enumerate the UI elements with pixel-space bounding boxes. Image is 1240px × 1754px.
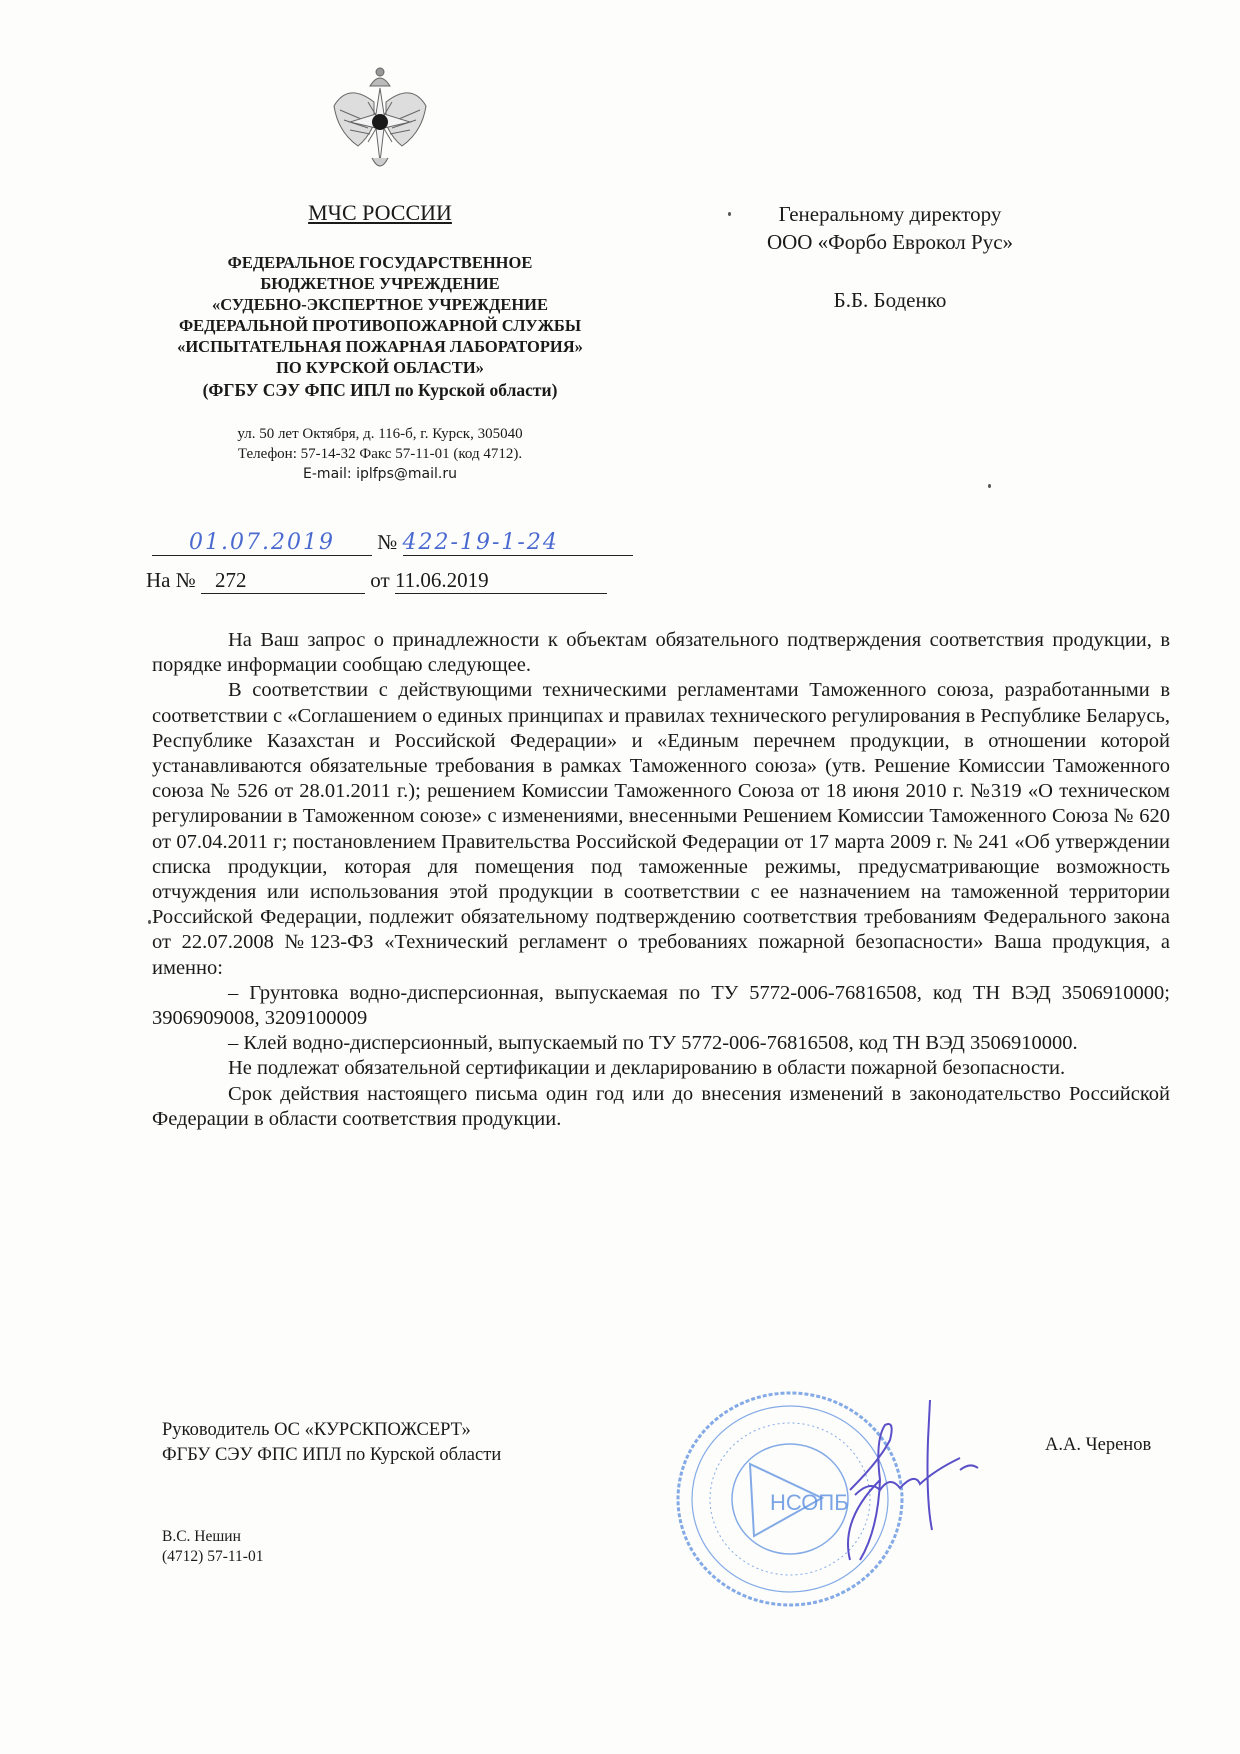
ministry-name: МЧС РОССИИ	[130, 200, 630, 226]
signer-name: А.А. Черенов	[1045, 1435, 1151, 1456]
org-name-line: БЮДЖЕТНОЕ УЧРЕЖДЕНИЕ	[130, 273, 630, 294]
org-name-line: ФЕДЕРАЛЬНОЕ ГОСУДАРСТВЕННОЕ	[130, 252, 630, 273]
signer-position: Руководитель ОС «КУРСКПОЖСЕРТ» ФГБУ СЭУ …	[162, 1418, 501, 1468]
outgoing-number-field: 422-19-1-24	[403, 530, 633, 556]
scan-speck	[728, 212, 731, 216]
addressee-name: Б.Б. Боденко	[700, 286, 1080, 314]
signer-position-line: Руководитель ОС «КУРСКПОЖСЕРТ»	[162, 1418, 501, 1443]
number-sign: №	[377, 530, 397, 554]
scan-speck	[148, 920, 151, 924]
addressee-company: ООО «Форбо Еврокол Рус»	[700, 228, 1080, 256]
in-reply-reference: На № 272 от 11.06.2019	[146, 568, 607, 594]
letter-body: На Ваш запрос о принадлежности к объекта…	[152, 628, 1170, 1132]
mchs-emblem-icon	[328, 62, 432, 178]
outgoing-date-field: 01.07.2019	[152, 530, 372, 556]
from-label: от	[370, 568, 389, 592]
executor-info: В.С. Нешин (4712) 57-11-01	[162, 1527, 263, 1567]
handwritten-signature-icon	[820, 1380, 990, 1580]
in-reply-date: 11.06.2019	[395, 568, 607, 594]
addressee-block: Генеральному директору ООО «Форбо Евроко…	[700, 200, 1080, 314]
org-phone: Телефон: 57-14-32 Факс 57-11-01 (код 471…	[130, 444, 630, 464]
org-name-line: ПО КУРСКОЙ ОБЛАСТИ»	[130, 357, 630, 378]
addressee-position: Генеральному директору	[700, 200, 1080, 228]
body-paragraph: Не подлежат обязательной сертификации и …	[152, 1056, 1170, 1081]
body-paragraph: Срок действия настоящего письма один год…	[152, 1082, 1170, 1132]
body-paragraph: В соответствии с действующими технически…	[152, 678, 1170, 980]
in-reply-number: 272	[201, 568, 365, 594]
outgoing-reference: 01.07.2019 № 422-19-1-24	[152, 530, 633, 556]
org-email: E-mail: iplfps@mail.ru	[130, 464, 630, 484]
letterhead: МЧС РОССИИ ФЕДЕРАЛЬНОЕ ГОСУДАРСТВЕННОЕ Б…	[130, 200, 630, 484]
org-name-line: ФЕДЕРАЛЬНОЙ ПРОТИВОПОЖАРНОЙ СЛУЖБЫ	[130, 315, 630, 336]
outgoing-date: 01.07.2019	[189, 530, 335, 555]
org-short-name: (ФГБУ СЭУ ФПС ИПЛ по Курской области)	[130, 378, 630, 402]
scan-speck	[988, 484, 991, 488]
org-name-line: «СУДЕБНО-ЭКСПЕРТНОЕ УЧРЕЖДЕНИЕ	[130, 294, 630, 315]
body-paragraph: На Ваш запрос о принадлежности к объекта…	[152, 628, 1170, 678]
body-list-item: – Грунтовка водно-дисперсионная, выпуска…	[152, 981, 1170, 1031]
executor-name: В.С. Нешин	[162, 1527, 263, 1547]
executor-phone: (4712) 57-11-01	[162, 1547, 263, 1567]
org-name-line: «ИСПЫТАТЕЛЬНАЯ ПОЖАРНАЯ ЛАБОРАТОРИЯ»	[130, 336, 630, 357]
body-list-item: – Клей водно-дисперсионный, выпускаемый …	[152, 1031, 1170, 1056]
in-reply-label: На №	[146, 568, 196, 592]
org-address: ул. 50 лет Октября, д. 116-б, г. Курск, …	[130, 424, 630, 444]
signer-position-line: ФГБУ СЭУ ФПС ИПЛ по Курской области	[162, 1443, 501, 1468]
outgoing-number: 422-19-1-24	[403, 530, 559, 555]
